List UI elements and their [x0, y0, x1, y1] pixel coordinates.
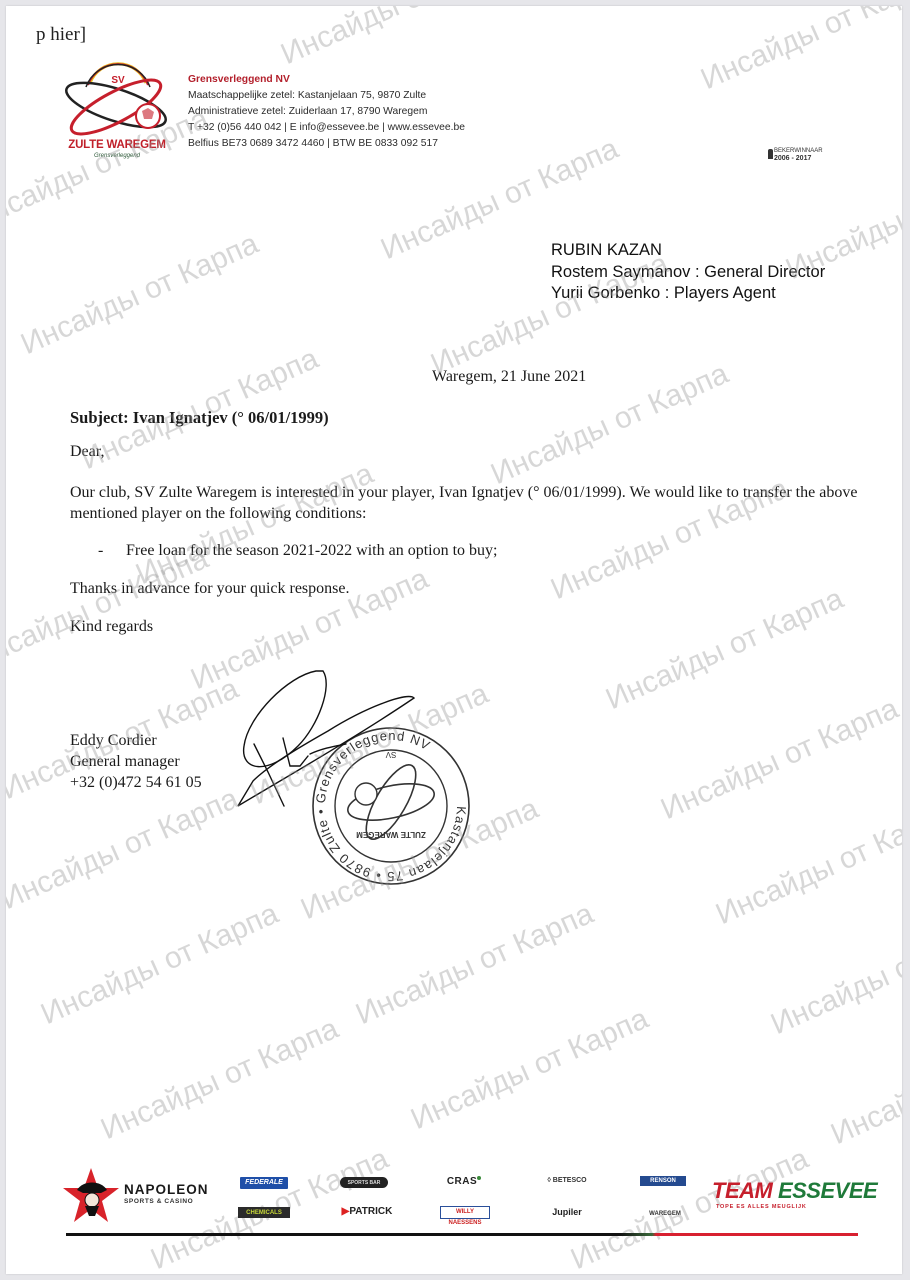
company-name: Grensverleggend NV [188, 72, 465, 88]
sponsor-logo: WILLY NAESSENS [440, 1206, 490, 1219]
body-paragraph: Our club, SV Zulte Waregem is interested… [70, 482, 860, 524]
award-badge: BEKERWINNAAR 2006 - 2017 [774, 148, 823, 162]
watermark: Инсайды от Карпа [96, 1012, 344, 1147]
club-tagline: Grensverleggend [58, 153, 176, 159]
signer-phone: +32 (0)472 54 61 05 [70, 772, 202, 793]
sponsor-logo: CRAS [442, 1176, 486, 1188]
signer-name: Eddy Cordier [70, 730, 202, 751]
watermark: Инсайды от Карпа [36, 897, 284, 1032]
watermark: Инсайды от Карпа [826, 1017, 902, 1152]
svg-text:SV: SV [111, 75, 125, 86]
sponsor-logo: ◊ BETESCO [538, 1175, 596, 1187]
trophy-icon [768, 149, 773, 159]
company-info: Grensverleggend NV Maatschappelijke zete… [188, 72, 465, 152]
recipient-line-2: Yurii Gorbenko : Players Agent [551, 283, 825, 305]
closing: Kind regards [70, 618, 153, 636]
bank-line: Belfius BE73 0689 3472 4460 | BTW BE 083… [188, 136, 465, 152]
watermark: Инсайды от Карпа [276, 6, 524, 72]
cut-off-text: p hier] [36, 24, 86, 46]
award-label: BEKERWINNAAR [774, 148, 823, 155]
watermark: Инсайды от Карпа [16, 227, 264, 362]
watermark: Инсайды от Карпа [696, 6, 902, 97]
club-logo: SV ZULTE WAREGEM Grensverleggend [58, 61, 176, 171]
club-name: ZULTE WAREGEM [58, 139, 176, 151]
watermark: Инсайды от Карпа [6, 782, 244, 917]
watermark: Инсайды от Карпа [766, 907, 902, 1042]
footer-divider [66, 1233, 858, 1236]
sponsor-logo: FEDERALE [240, 1177, 288, 1189]
signer-title: General manager [70, 751, 202, 772]
letter-page: p hier] SV ZULTE WAREGEM Grensverleggend… [6, 6, 902, 1274]
main-sponsor-subtitle: SPORTS & CASINO [124, 1198, 209, 1205]
signature [228, 656, 428, 826]
main-sponsor-name: NAPOLEON [124, 1182, 209, 1197]
recipient-block: RUBIN KAZAN Rostem Saymanov : General Di… [551, 240, 825, 305]
club-emblem-icon: SV [58, 61, 176, 141]
registered-office: Maatschappelijke zetel: Kastanjelaan 75,… [188, 88, 465, 104]
sponsor-footer: NAPOLEON SPORTS & CASINO FEDERALE SPORTS… [6, 1156, 902, 1246]
watermark: Инсайды от Карпа [711, 797, 902, 932]
letter-subject: Subject: Ivan Ignatjev (° 06/01/1999) [70, 408, 329, 428]
team-tagline: TOPE ES ALLES MEUGLIJK [716, 1204, 807, 1210]
condition-text: Free loan for the season 2021-2022 with … [126, 542, 498, 559]
sponsor-logo: Jupiler [542, 1206, 592, 1218]
watermark: Инсайды от Карпа [6, 542, 214, 677]
award-years: 2006 - 2017 [774, 155, 823, 162]
salutation: Dear, [70, 443, 104, 461]
main-sponsor: NAPOLEON SPORTS & CASINO [124, 1182, 209, 1205]
sponsor-logo: RENSON [640, 1176, 686, 1186]
watermark: Инсайды от Карпа [656, 692, 902, 827]
recipient-club: RUBIN KAZAN [551, 240, 825, 262]
stamp-inner-text: ZULTE WAREGEM [356, 830, 426, 839]
recipient-line-1: Rostem Saymanov : General Director [551, 262, 825, 284]
sponsor-logo: ▶PATRICK [338, 1206, 396, 1218]
letter-date: Waregem, 21 June 2021 [432, 368, 586, 386]
watermark: Инсайды от Карпа [351, 897, 599, 1032]
watermark: Инсайды от Карпа [131, 457, 379, 592]
condition-item: -Free loan for the season 2021-2022 with… [98, 542, 498, 560]
star-icon [61, 1166, 121, 1224]
bullet-dash: - [98, 542, 126, 560]
sponsor-logo: SPORTS BAR [340, 1177, 388, 1188]
sponsor-logo: CHEMICALS [238, 1207, 290, 1218]
watermark: Инсайды от Карпа [406, 1002, 654, 1137]
admin-office: Administratieve zetel: Zuiderlaan 17, 87… [188, 104, 465, 120]
watermark: Инсайды от Карпа [601, 582, 849, 717]
contact-line: T +32 (0)56 440 042 | E info@essevee.be … [188, 120, 465, 136]
signer-block: Eddy Cordier General manager +32 (0)472 … [70, 730, 202, 793]
thanks-line: Thanks in advance for your quick respons… [70, 580, 349, 598]
team-essevee-logo: TEAM ESSEVEE [712, 1178, 877, 1204]
sponsor-logo: WAREGEM [642, 1208, 688, 1218]
